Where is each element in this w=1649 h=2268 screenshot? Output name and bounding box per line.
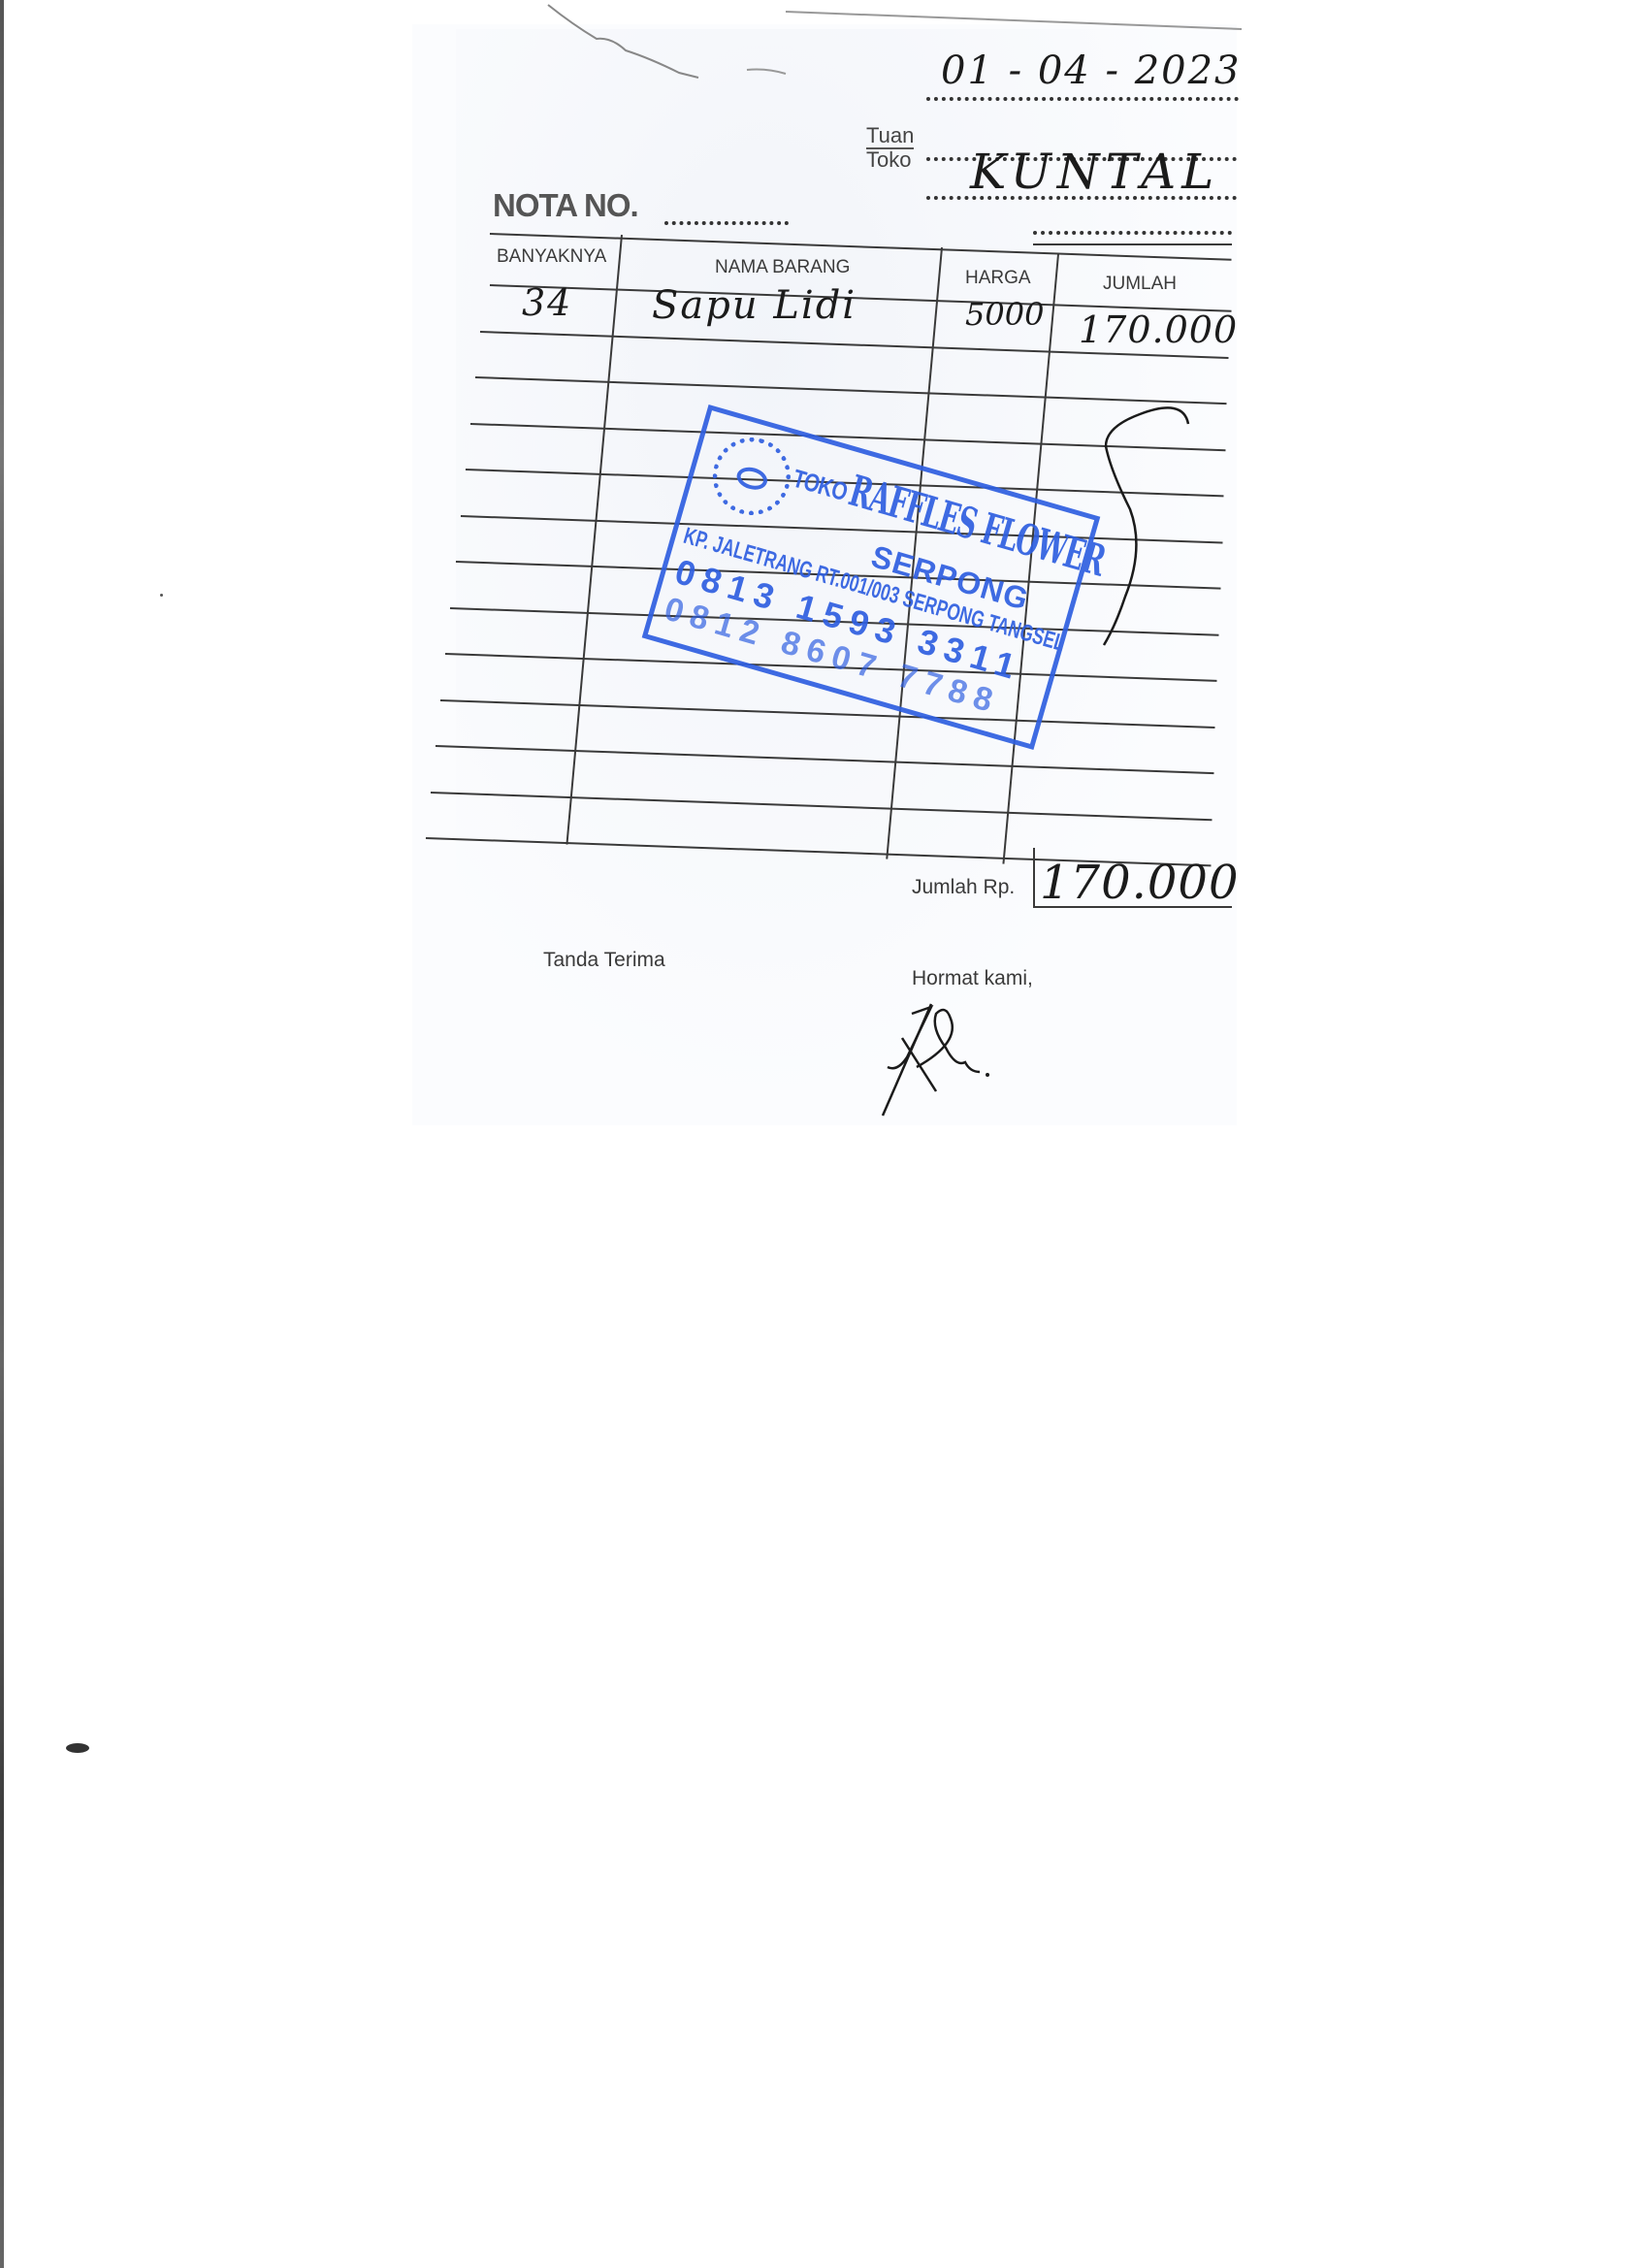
row-1-amount: 170.000: [1079, 308, 1238, 351]
row-1-price: 5000: [965, 296, 1044, 333]
nota-number-dotted-line: [664, 221, 789, 225]
label-tuan: Tuan: [866, 124, 914, 149]
extra-dotted-line: [1033, 231, 1232, 235]
recipient-value: KUNTAL: [970, 144, 1219, 200]
row-1-item: Sapu Lidi: [652, 283, 857, 328]
stamp-prefix: TOKO: [790, 464, 851, 507]
receiver-label: Tanda Terima: [543, 949, 665, 972]
total-label: Jumlah Rp.: [912, 876, 1015, 899]
total-box-left: [1033, 848, 1035, 908]
header-harga: HARGA: [965, 268, 1031, 289]
closing-stroke: [1086, 403, 1203, 655]
label-toko: Toko: [866, 148, 911, 172]
header-banyaknya: BANYAKNYA: [497, 246, 606, 268]
scan-dot: [160, 594, 163, 597]
nota-label: NOTA NO.: [493, 187, 638, 224]
header-nama-barang: NAMA BARANG: [715, 257, 850, 278]
date-dotted-line: [926, 97, 1239, 101]
total-value: 170.000: [1040, 856, 1240, 910]
scan-speck: [66, 1743, 89, 1753]
scan-edge: [0, 0, 4, 2268]
sender-label: Hormat kami,: [912, 967, 1033, 990]
header-jumlah: JUMLAH: [1103, 274, 1177, 295]
signature-icon: [873, 999, 1067, 1125]
row-1-qty: 34: [522, 281, 572, 324]
header-right-rule: [1033, 243, 1232, 245]
total-underline: [1033, 906, 1232, 908]
flower-logo-icon: [703, 429, 799, 525]
date-value: 01 - 04 - 2023: [941, 49, 1241, 93]
